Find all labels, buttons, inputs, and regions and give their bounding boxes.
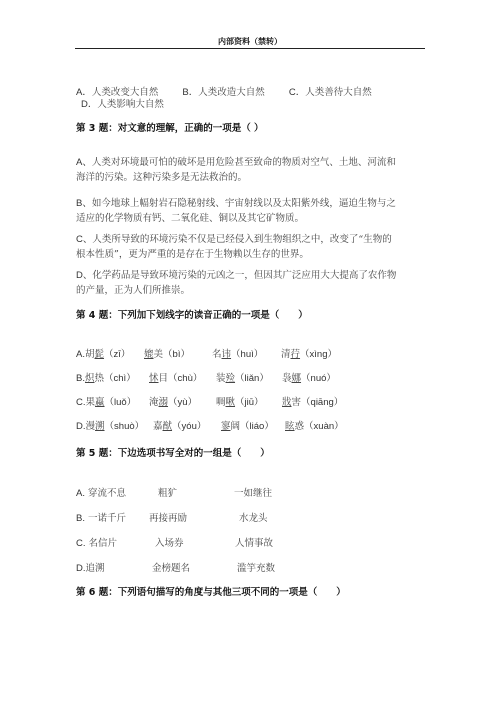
q5-option-b: B. 一诺千斤 [76, 510, 126, 524]
q4-option-c-item-4: 戕害（qiāng） [282, 394, 343, 408]
q4-option-a-item-1: A.胡髭（zī） [76, 346, 130, 360]
q4-option-b-item-1: B.炽热（chì） [76, 370, 136, 384]
q4-option-b-item-3: 装殓（liǎn） [216, 370, 269, 384]
q2-option-b: 人类改造大自然 [198, 87, 265, 98]
q3-option-b: B、如今地球上幅射岩石隐秘射线、宇宙射线以及太阳紫外线，逼迫生物与之 适应的化学… [76, 196, 426, 226]
q4-option-d-item-1: D.漫溯（shuò） [76, 418, 144, 432]
q5-option-d: D.追溯 [76, 560, 105, 574]
q4-option-c-item-1: C.果蠃（luǒ） [76, 394, 136, 408]
q4-option-d-item-4: 眩惑（xuàn） [285, 418, 344, 432]
q4-option-a-item-3: 名讳（huì） [212, 346, 263, 360]
q4-option-b-item-4: 袅娜（nuó） [282, 370, 336, 384]
q4-option-c-item-3: 啁啾（jiū） [216, 394, 264, 408]
q5-option-a-word-2: 粗犷 [158, 485, 177, 499]
q5-option-d-word-3: 滥竽充数 [237, 560, 275, 574]
q3-title: 第 3 题：对文意的理解，正确的一项是（ ） [76, 120, 264, 134]
q5-option-d-word-2: 金榜题名 [152, 560, 190, 574]
q5-option-c: C. 名信片 [76, 535, 117, 549]
q5-title: 第 5 题：下边选项书写全对的一组是（ ） [76, 445, 270, 459]
q4-option-a-item-4: 清荇（xìng） [281, 346, 337, 360]
q4-option-a-item-2: 媲美（bì） [144, 346, 190, 360]
q5-option-b-word-2: 再接再励 [149, 510, 187, 524]
q4-title: 第 4 题：下列加下划线字的读音正确的一项是（ ） [76, 307, 308, 321]
q3-option-c: C、人类所导致的环境污染不仅是已经侵入到生物组织之中，改变了“生物的 根本性质”… [76, 232, 426, 262]
q4-option-b-item-2: 怵目（chù） [149, 370, 202, 384]
q6-title: 第 6 题：下列语句描写的角度与其他三项不同的一项是（ ） [76, 584, 346, 598]
q5-option-c-word-3: 人情事故 [235, 535, 273, 549]
q5-option-a-word-3: 一如继往 [234, 485, 272, 499]
q3-option-d: D、化学药品是导致环境污染的元凶之一，但因其广泛应用大大提高了农作物 的产量，正… [76, 268, 426, 298]
q5-option-b-word-3: 水龙头 [239, 510, 268, 524]
header-divider [75, 48, 425, 49]
q4-option-d-item-3: 寥阔（liáo） [221, 418, 274, 432]
document-header: 内部资料（禁转） [75, 36, 425, 47]
q4-option-c-item-2: 淹溺（yù） [149, 394, 197, 408]
q3-option-a: A、人类对环境最可怕的破坏是用危险甚至致命的物质对空气、土地、河流和 海洋的污染… [76, 155, 426, 185]
q4-option-d-item-2: 嘉猷（yóu） [153, 418, 206, 432]
q5-option-c-word-2: 入场券 [155, 535, 184, 549]
q2-option-c: 人类善待大自然 [305, 87, 372, 98]
q2-option-d-row: D．人类影响大自然 [81, 96, 164, 110]
q2-option-d: 人类影响大自然 [97, 99, 164, 110]
q5-option-a: A. 穿流不息 [76, 485, 126, 499]
